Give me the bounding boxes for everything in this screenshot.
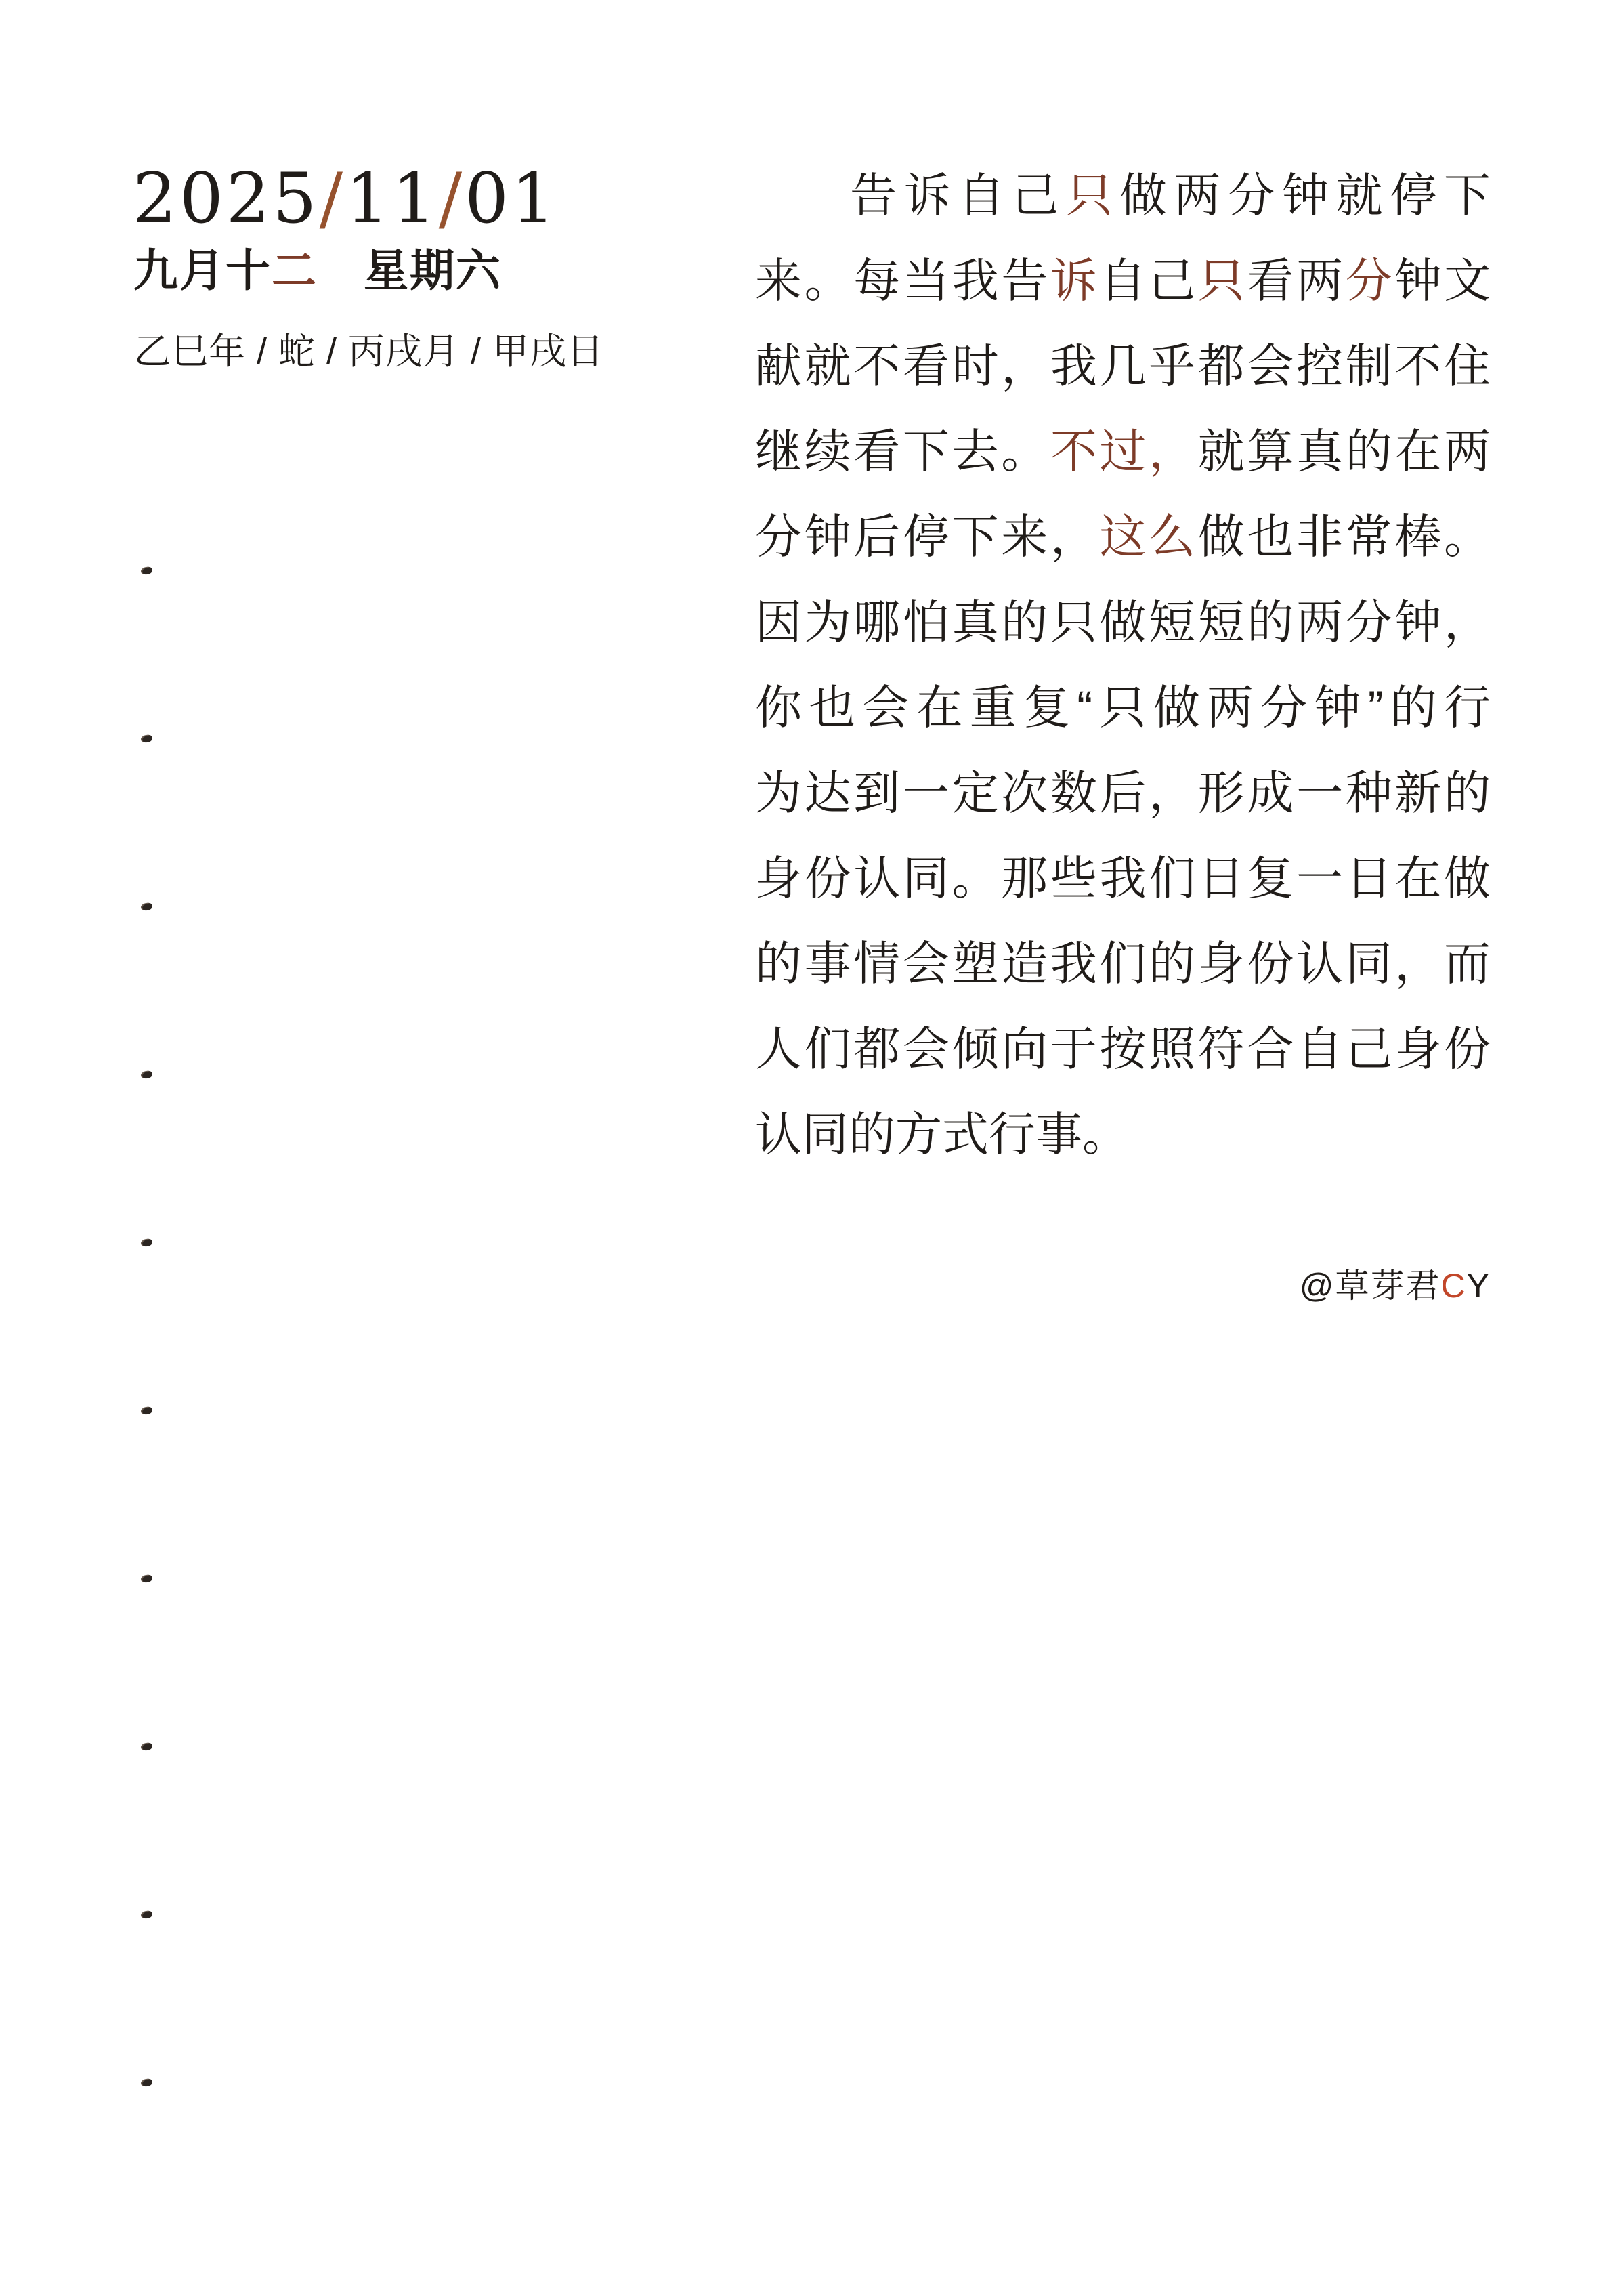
text-segment: 告诉自己 — [850, 169, 1066, 222]
text-segment: 二 — [272, 245, 318, 295]
text-segment: 献就不看时，我几乎都会控制不住 — [755, 340, 1491, 392]
attribution: @草芽君CY — [755, 1265, 1491, 1306]
text-segment: 星期六 — [318, 245, 502, 295]
article-line: 因为哪怕真的只做短短的两分钟， — [755, 580, 1491, 665]
text-segment: 因为哪怕真的只做短短的两分钟， — [755, 596, 1491, 648]
article-line: 来。每当我告诉自己只看两分钟文 — [755, 238, 1491, 324]
article-line: 人们都会倾向于按照符合自己身份 — [755, 1007, 1491, 1092]
lunar-date: 九月十二 星期六 — [133, 244, 502, 297]
note-dot — [140, 734, 152, 743]
text-segment: 身份认同。那些我们日复一日在做 — [755, 852, 1491, 904]
article-line: 分钟后停下来，这么做也非常棒。 — [755, 495, 1491, 580]
note-dot — [140, 1742, 152, 1751]
article-line: 的事情会塑造我们的身份认同，而 — [755, 921, 1491, 1007]
article-line: 献就不看时，我几乎都会控制不住 — [755, 324, 1491, 409]
note-dot — [140, 1574, 152, 1583]
text-segment: 人们都会倾向于按照符合自己身份 — [755, 1023, 1491, 1075]
text-segment: / — [320, 159, 345, 239]
article-text: 告诉自己只做两分钟就停下来。每当我告诉自己只看两分钟文献就不看时，我几乎都会控制… — [755, 153, 1491, 1177]
text-segment: 只 — [1066, 169, 1120, 222]
text-segment: 的事情会塑造我们的身份认同，而 — [755, 938, 1491, 990]
note-dot — [140, 1070, 152, 1079]
text-segment: 2025 — [133, 159, 320, 239]
text-segment: 认同的方式行事。 — [755, 1108, 1129, 1160]
note-dot — [140, 566, 152, 575]
text-segment: 只 — [1198, 255, 1247, 307]
article-line: 为达到一定次数后，形成一种新的 — [755, 751, 1491, 836]
text-segment: 来。每当我告 — [755, 255, 1050, 307]
note-dot — [140, 1406, 152, 1415]
text-segment: 分 — [1346, 255, 1395, 307]
article-line: 你也会在重复“只做两分钟”的行 — [755, 665, 1491, 751]
text-segment: 继续看下去。 — [755, 425, 1050, 478]
text-segment: 11 — [345, 159, 439, 239]
text-segment: 做也非常棒。 — [1198, 511, 1491, 563]
text-segment: 就算真的在两 — [1198, 425, 1491, 478]
text-segment: 钟文 — [1394, 255, 1491, 307]
text-segment: 看两 — [1247, 255, 1345, 307]
text-segment: / — [439, 159, 465, 239]
note-dot — [140, 1238, 152, 1247]
text-segment: 为达到一定次数后，形成一种新的 — [755, 767, 1491, 819]
text-segment: 不过， — [1050, 425, 1198, 478]
note-dot — [140, 1910, 152, 1919]
text-segment: 诉 — [1050, 255, 1100, 307]
text-segment: 你也会在重复“只做两分钟”的行 — [755, 681, 1491, 734]
ganzhi-date: 乙巳年 / 蛇 / 丙戌月 / 甲戌日 — [134, 331, 604, 373]
text-segment: 自己 — [1100, 255, 1198, 307]
note-dot — [140, 902, 152, 911]
text-segment: C — [1441, 1267, 1467, 1305]
text-segment: 分钟后停下来， — [755, 511, 1100, 563]
text-segment: 做两分钟就停下 — [1120, 169, 1491, 222]
text-segment: 九月十 — [133, 245, 272, 295]
article-line: 告诉自己只做两分钟就停下 — [755, 153, 1491, 238]
note-dot — [140, 2078, 152, 2087]
text-segment: Y — [1467, 1267, 1491, 1305]
text-segment: @草芽君 — [1300, 1267, 1441, 1305]
article-line: 身份认同。那些我们日复一日在做 — [755, 836, 1491, 921]
gregorian-date: 2025/11/01 — [133, 165, 558, 234]
text-segment: 01 — [465, 159, 558, 239]
article-line: 认同的方式行事。 — [755, 1092, 1491, 1177]
text-segment: 这么 — [1100, 511, 1198, 563]
article-line: 继续看下去。不过，就算真的在两 — [755, 409, 1491, 495]
calendar-page: { "colors": { "ink": "#201c19", "accent"… — [0, 0, 1624, 2291]
